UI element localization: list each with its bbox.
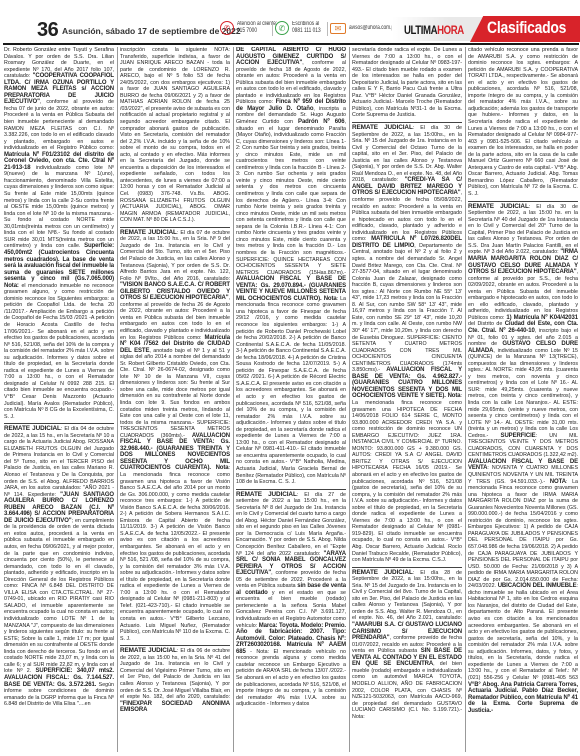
ad-heading: REMATE JUDICIAL [4, 425, 61, 432]
ad-text: , del bien mueble (rodado) embargado e i… [352, 661, 462, 719]
classified-ad: secretaría donde radica el expte. De Lun… [352, 47, 462, 119]
ad-text: : El día 28 de Septiembre de 2022, a las… [352, 570, 462, 622]
classified-ad: REMATE JUDICIAL: El día 30 de Septiembre… [468, 204, 578, 715]
ad-text: : El día 04 de octubre de 2022, a las 15… [4, 426, 114, 497]
ad-text: , Departamento de Central, anotado bajo … [352, 243, 462, 373]
ad-text: - Nota: El mencionado vehículo no recono… [236, 649, 346, 707]
ad-heading: REMATE JUDICIAL [352, 124, 413, 131]
classified-ad: Dr. Roberto González entre Tuyutí y Sera… [4, 47, 114, 420]
column-divider [233, 47, 234, 752]
classified-ad: citado vehículo reconoce una prenda a fa… [468, 47, 578, 198]
contact-email-value: avisos@uhora.com.py [349, 25, 397, 32]
column-4: secretaría donde radica el expte. De Lun… [352, 47, 462, 752]
ad-text: individualizado como lote Nº 9(nueve) de… [4, 165, 114, 250]
ad-heading: REMATE JUDICIAL [468, 203, 529, 210]
ad-text: AVALUACION FISCAL Y BASE DE VENTA: Gs. 3… [120, 433, 230, 472]
ad-text: el mencionado inmueble no reconoce grava… [4, 283, 114, 420]
ad-heading: REMATE JUDICIAL [236, 491, 297, 498]
ad-text: inscripción consta la siguiente NOTA: Tr… [120, 47, 230, 223]
column-3: DE CAPITAL ABIERTO C/ HUGO AUGUSTO GIMEN… [236, 47, 346, 752]
ad-text: "VISION BANCO S.A.E.C.A. C/ ROBERT GILBE… [120, 282, 230, 301]
ad-heading: REMATE JUDICIAL [120, 229, 177, 236]
ad-text: : La mencionada Finca reconoce como grav… [468, 479, 578, 590]
ad-separator [4, 423, 114, 424]
classified-ad: REMATE JUDICIAL: El día 06 de octubre de… [120, 648, 230, 713]
ad-text: , situado en el lugar denominado Paraíta… [236, 119, 346, 276]
ad-text: citado vehículo reconoce una prenda a fa… [468, 47, 578, 197]
page-number: 36 [37, 19, 58, 42]
classified-ad: REMATE JUDICIAL: El día 04 de octubre de… [4, 426, 114, 708]
ad-text: : El día 07 de octubre de 2022, a las 15… [120, 230, 230, 282]
column-5: citado vehículo reconoce una prenda a fa… [468, 47, 578, 752]
classified-ad: REMATE JUDICIAL: El día 30 de Septiembre… [352, 125, 462, 564]
ad-text: "FINEXPAR SOCIEDAD ANONIMA EMISORA [120, 701, 230, 714]
ad-text: 1) Matrícula Nº K04/42031 [506, 315, 578, 321]
ad-text: , individualizado como Lote Nº 15 (QUINC… [468, 348, 578, 439]
ad-text: del Distrito de [468, 321, 505, 327]
mail-icon: ✉ [330, 23, 346, 34]
ad-text: UBICACIÓN DEL INMUEBLE [498, 583, 577, 589]
ad-separator [120, 227, 230, 228]
date-line: Asunción, sábado 17 de septiembre de 202… [62, 26, 241, 36]
contact-phone-value: 415 7000 [237, 28, 257, 34]
ad-text: SUPERFICIE [501, 433, 536, 439]
ad-text: : La mencionada finca reconoce como grav… [352, 393, 462, 563]
ad-text: , conforme proveído de fecha 05/08/2022,… [352, 190, 462, 242]
column-divider [117, 47, 118, 752]
ad-text: Padrón Nº 606 [298, 119, 344, 125]
header-rule [3, 43, 579, 45]
ad-separator [352, 122, 462, 123]
ad-text: : dicho inmueble se halla ubicado en el … [468, 583, 578, 681]
ad-text: : El día 30 de Septiembre de 2022, a las… [352, 125, 462, 183]
ad-heading: REMATE JUDICIAL [120, 647, 177, 654]
ad-text: , conforme al proveído por S.S., de fech… [468, 269, 578, 321]
ad-text: ; en cumplimiento de la providencia de o… [4, 518, 114, 675]
page-header: 36 Asunción, sábado 17 de septiembre de … [0, 0, 580, 42]
section-title: Clasificados [487, 18, 566, 38]
ad-text: : El día 06 de octubre de 2022, a las 15… [120, 648, 230, 700]
column-divider [465, 47, 466, 752]
ad-text: NOTA [550, 479, 566, 485]
ad-separator [468, 201, 578, 202]
divider [327, 22, 328, 36]
ad-text: : El día 30 de Septiembre de 2022, a las… [468, 204, 578, 256]
ad-text: V°B° Abog. Ana Patricia Carrera Torres, … [468, 682, 578, 714]
column-divider [349, 47, 350, 752]
brand-logo: ULTIMAHORA [404, 23, 464, 37]
column-1: Dr. Roberto González entre Tuyutí y Sera… [4, 47, 114, 752]
divider [272, 22, 273, 36]
classified-ad: DE CAPITAL ABIERTO C/ HUGO AUGUSTO GIMEN… [236, 47, 346, 486]
contact-whatsapp-label: Escribinos al [292, 21, 319, 27]
ad-text: , conforme al proveído de fecha 07 de ju… [4, 99, 114, 151]
classifieds-columns: Dr. Roberto González entre Tuyutí y Sera… [4, 47, 579, 752]
contact-whatsapp[interactable]: ✆ Escribinos al0981 111 013 [275, 18, 328, 38]
classified-ad: inscripción consta la siguiente NOTA: Tr… [120, 47, 230, 224]
ad-separator [236, 489, 346, 490]
ad-text: : El día 27 de setiembre de 2022 a las 1… [236, 492, 346, 557]
ad-text: , anotado bajo el Nº 1 y al 51 y siglas … [120, 348, 230, 439]
ad-separator [352, 567, 462, 568]
classified-ad: REMATE JUDICIAL: El día 27 de setiembre … [236, 492, 346, 708]
phone-icon: ✆ [220, 21, 234, 35]
ad-text: secretaría donde radica el expte. De Lun… [352, 47, 462, 118]
ad-heading: REMATE JUDICIAL [352, 569, 413, 576]
classified-ad: REMATE JUDICIAL: El día 07 de octubre de… [120, 230, 230, 642]
ad-text: : La mencionada finca reconoce como grav… [120, 465, 230, 641]
ad-text: : La mencionada finca reconoce como grav… [236, 296, 346, 485]
contact-whatsapp-value: 0981 111 013 [292, 28, 321, 34]
ad-separator [120, 645, 230, 646]
whatsapp-icon: ✆ [275, 21, 289, 35]
classified-ad: REMATE JUDICIAL: El día 28 de Septiembre… [352, 570, 462, 721]
ad-text: AVALUACION FISCAL Y BASE DE VENTA: Gs. 2… [236, 276, 346, 302]
column-2: inscripción consta la siguiente NOTA: Tr… [120, 47, 230, 752]
